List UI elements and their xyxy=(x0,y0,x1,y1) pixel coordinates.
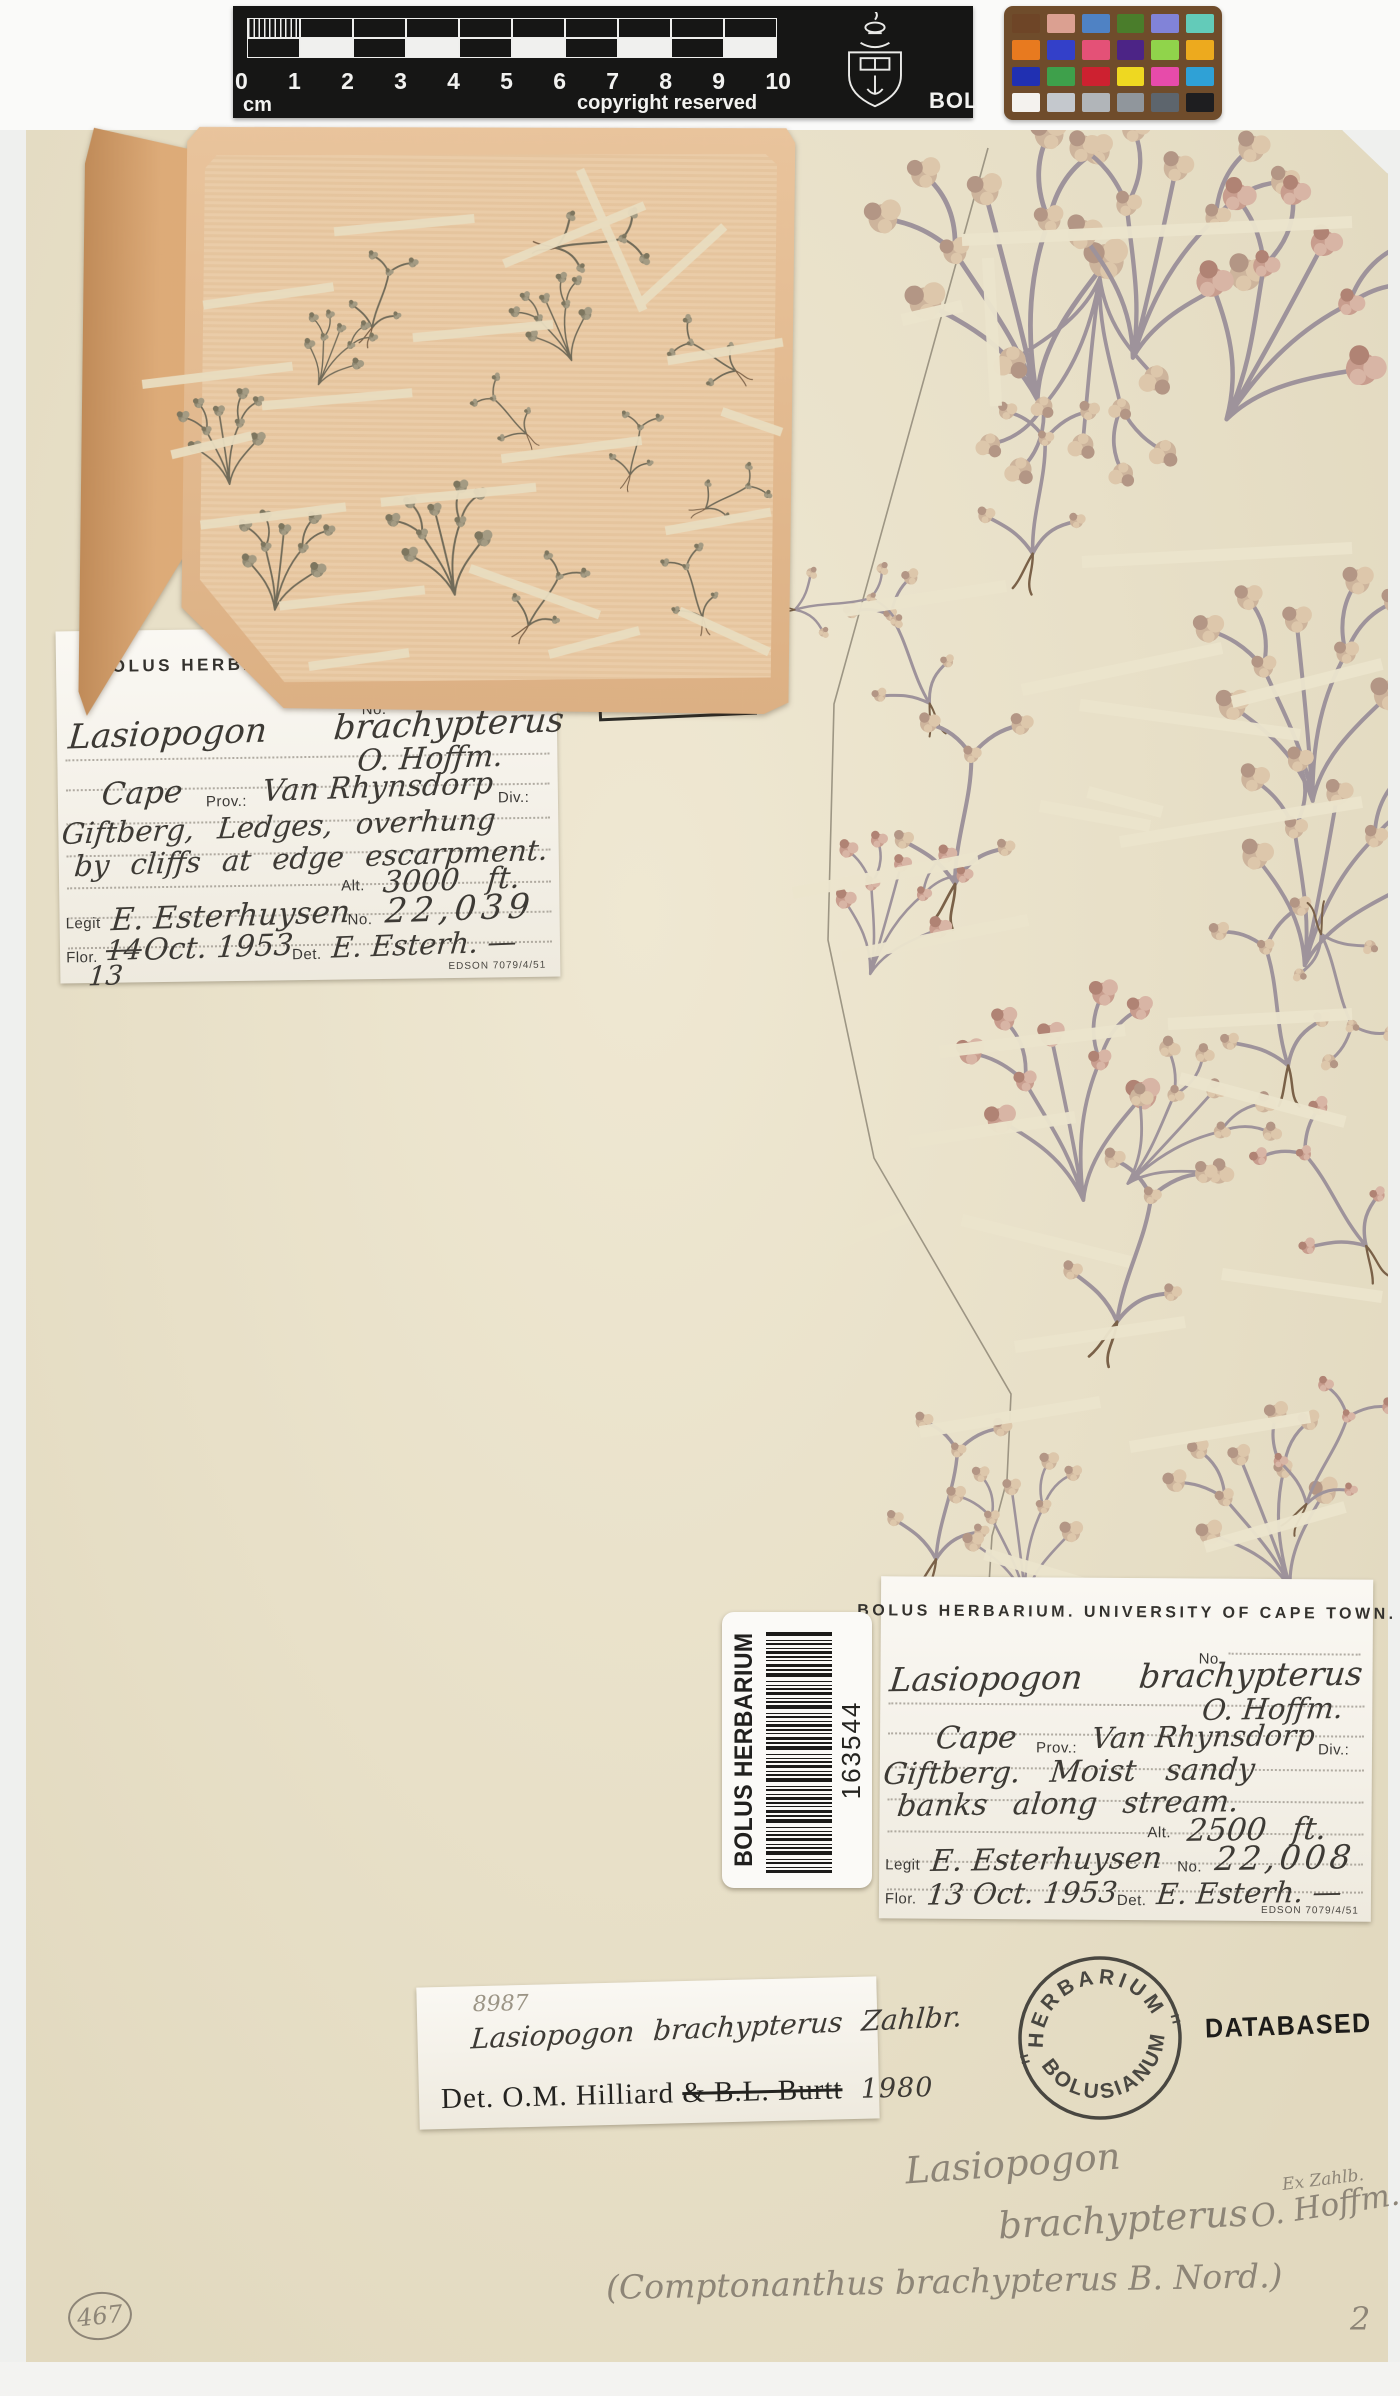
pressed-specimen xyxy=(852,130,1172,430)
color-swatch xyxy=(1012,93,1040,112)
date-handwritten: 13 Oct. 1953 xyxy=(925,1878,1119,1910)
field-label-prov: Prov.: xyxy=(206,793,247,811)
field-label-no2: No. xyxy=(348,911,373,928)
color-swatch xyxy=(1047,14,1075,33)
printer-code: EDSON 7079/4/51 xyxy=(448,960,546,972)
scale-number: 2 xyxy=(341,68,354,95)
scale-number: 0 xyxy=(235,68,248,95)
color-swatch xyxy=(1117,67,1145,86)
scale-numbers: 0 1 2 3 4 5 6 7 8 9 10 xyxy=(235,68,791,95)
barcode-institution: BOLUS HERBARIUM xyxy=(722,1633,766,1867)
color-swatch xyxy=(1082,93,1110,112)
field-label-div: Div.: xyxy=(498,789,530,806)
scale-number: 5 xyxy=(500,68,513,95)
color-swatch xyxy=(1047,40,1075,59)
plant-fragment xyxy=(493,543,592,657)
barcode-bars xyxy=(766,1625,832,1875)
det-struck-authors: & B.L. Burtt xyxy=(682,2073,843,2109)
field-label-det: Det. xyxy=(1117,1892,1147,1909)
determination-slip: 8987 Lasiopogon brachypterus Zahlbr. Det… xyxy=(416,1976,879,2129)
scale-cells-top xyxy=(247,18,777,38)
pressed-specimen xyxy=(1267,886,1388,1073)
division-handwritten: Van Rhynsdorp xyxy=(1090,1721,1316,1753)
scale-number: 9 xyxy=(712,68,725,95)
scale-number: 3 xyxy=(394,68,407,95)
color-swatch xyxy=(1047,93,1075,112)
field-label-flor: Flor. xyxy=(885,1890,917,1907)
plant-fragment xyxy=(338,244,419,354)
scale-number: 10 xyxy=(765,68,791,95)
herbarium-scan: BOLUS HERBARIUM. No. Lasiopogon brachypt… xyxy=(0,0,1400,2396)
color-swatch xyxy=(1186,40,1214,59)
color-swatch xyxy=(1082,14,1110,33)
det-year-handwritten: 1980 xyxy=(860,2072,933,2105)
color-swatch xyxy=(1082,40,1110,59)
plant-fragment xyxy=(603,406,665,496)
color-swatch xyxy=(1186,93,1214,112)
scale-number: 6 xyxy=(553,68,566,95)
division-handwritten: Van Rhynsdorp xyxy=(261,769,494,807)
scale-number: 1 xyxy=(288,68,301,95)
label-header: BOLUS HERBARIUM. UNIVERSITY OF CAPE TOWN… xyxy=(857,1602,1396,1624)
field-label-legit: Legit xyxy=(66,915,101,932)
field-label-alt: Alt. xyxy=(341,877,365,894)
color-swatch xyxy=(1151,40,1179,59)
collector-handwritten: E. Esterhuysen xyxy=(929,1844,1163,1877)
fragment-packet xyxy=(78,104,795,713)
scale-bar: 0 1 2 3 4 5 6 7 8 9 10 cm copyright rese… xyxy=(233,6,973,118)
pressed-specimen xyxy=(971,392,1101,599)
printer-code: EDSON 7079/4/51 xyxy=(1261,1905,1359,1917)
scale-unit: cm xyxy=(243,94,272,117)
color-swatch xyxy=(1117,93,1145,112)
color-calibration-chart xyxy=(1004,6,1222,120)
packet-tapes xyxy=(139,164,785,672)
scale-cells-bottom xyxy=(247,38,777,58)
color-swatch xyxy=(1012,14,1040,33)
institution-code: BOL xyxy=(929,88,978,114)
det-by-handwritten: E. Esterh. — xyxy=(331,927,518,962)
plant-fragment xyxy=(287,301,382,398)
pressed-specimen xyxy=(973,268,1193,497)
field-label-legit: Legit xyxy=(885,1856,920,1873)
copyright-text: copyright reserved xyxy=(577,92,757,115)
scanner-background-bottom xyxy=(0,2362,1400,2396)
pencil-sheet-number: 2 xyxy=(1350,2300,1370,2338)
province-handwritten: Cape xyxy=(934,1722,1018,1754)
field-label-no2: No. xyxy=(1177,1858,1202,1875)
color-swatch xyxy=(1117,14,1145,33)
accession-number: 467 xyxy=(76,2300,124,2333)
field-label-alt: Alt. xyxy=(1147,1824,1171,1841)
province-handwritten: Cape xyxy=(100,777,183,811)
uct-crest-icon xyxy=(831,12,919,112)
color-swatch xyxy=(1012,40,1040,59)
date-handwritten: Oct. 1953 xyxy=(143,931,295,966)
color-swatch xyxy=(1151,93,1179,112)
color-swatch xyxy=(1151,14,1179,33)
barcode-label: BOLUS HERBARIUM 163544 xyxy=(722,1612,872,1888)
pressed-specimen xyxy=(948,970,1190,1219)
color-swatch xyxy=(1117,40,1145,59)
pressed-specimen xyxy=(885,702,1035,936)
barcode-inner: BOLUS HERBARIUM 163544 xyxy=(722,1612,872,1888)
color-swatch xyxy=(1186,14,1214,33)
collection-label-right: BOLUS HERBARIUM. UNIVERSITY OF CAPE TOWN… xyxy=(879,1576,1373,1921)
color-swatch xyxy=(1082,67,1110,86)
field-label-div: Div.: xyxy=(1318,1741,1350,1758)
scale-number: 8 xyxy=(659,68,672,95)
color-swatch xyxy=(1012,67,1040,86)
det-slip-printed: Det. O.M. Hilliard & B.L. Burtt 1980 xyxy=(441,2071,934,2116)
det-prefix: Det. O.M. Hilliard xyxy=(441,2077,675,2115)
field-label-det: Det. xyxy=(292,946,322,963)
collection-number-handwritten: 22,039 xyxy=(384,889,536,928)
date-day-corrected: 13 xyxy=(87,962,124,990)
collection-number-handwritten: 22,008 xyxy=(1213,1840,1356,1875)
scale-number: 4 xyxy=(447,68,460,95)
det-slip-pencil-number: 8987 xyxy=(472,1991,529,2017)
plant-fragment xyxy=(503,265,612,376)
databased-stamp: DATABASED xyxy=(1205,2008,1373,2045)
scale-number: 7 xyxy=(606,68,619,95)
color-swatch xyxy=(1047,67,1075,86)
packet-fragments xyxy=(78,104,795,713)
color-swatch xyxy=(1186,67,1214,86)
pressed-specimen xyxy=(1128,142,1388,480)
taxon-handwritten: Lasiopogon brachypterus xyxy=(888,1657,1364,1697)
color-swatch xyxy=(1151,67,1179,86)
barcode-number: 163544 xyxy=(832,1701,870,1800)
